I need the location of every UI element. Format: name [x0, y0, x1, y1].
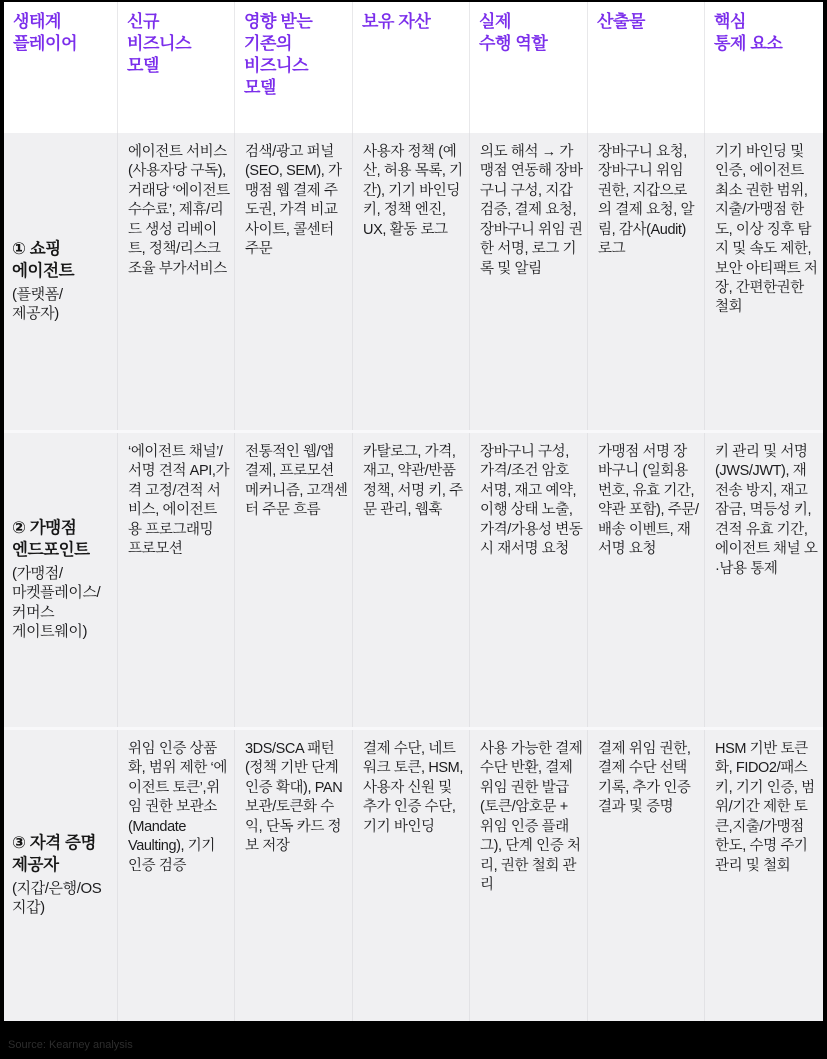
row-title: ① 쇼핑 에이전트: [12, 239, 114, 283]
cell-new-business-model: 에이전트 서비스(사용자당 구독), 거래당 ‘에이전트 수수료’, 제휴/리드…: [118, 133, 235, 430]
column-header-key-controls: 핵심 통제 요소: [705, 2, 823, 133]
row-subtitle: (플랫폼/ 제공자): [12, 285, 114, 324]
column-header-outputs: 산출물: [588, 2, 705, 133]
figure-frame: 생태계 플레이어 신규 비즈니스 모델 영향 받는 기존의 비즈니스 모델 보유…: [0, 0, 827, 1059]
cell-actual-role: 사용 가능한 결제 수단 반환, 결제 위임 권한 발급(토큰/암호문 + 위임…: [470, 730, 588, 1021]
source-note: Source: Kearney analysis: [8, 1039, 133, 1051]
cell-owned-assets: 카탈로그, 가격, 재고, 약관/반품 정책, 서명 키, 주문 관리, 웹훅: [353, 433, 470, 727]
cell-actual-role: 장바구니 구성, 가격/조건 암호 서명, 재고 예약, 이행 상태 노출, 가…: [470, 433, 588, 727]
row-subtitle: (가맹점/ 마켓플레이스/ 커머스 게이트웨이): [12, 564, 114, 642]
row-label-merchant-endpoint: ② 가맹점 엔드포인트 (가맹점/ 마켓플레이스/ 커머스 게이트웨이): [4, 433, 118, 727]
cell-affected-business-model: 3DS/SCA 패턴 (정책 기반 단계 인증 확대), PAN 보관/토큰화 …: [235, 730, 353, 1021]
table-header-row: 생태계 플레이어 신규 비즈니스 모델 영향 받는 기존의 비즈니스 모델 보유…: [4, 2, 823, 133]
row-subtitle: (지갑/은행/OS 지갑): [12, 879, 114, 918]
cell-key-controls: 기기 바인딩 및 인증, 에이전트 최소 권한 범위, 지출/가맹점 한도, 이…: [705, 133, 823, 430]
cell-key-controls: 키 관리 및 서명 (JWS/JWT), 재전송 방지, 재고 잠금, 멱등성 …: [705, 433, 823, 727]
cell-new-business-model: 위임 인증 상품화, 범위 제한 ‘에이전트 토큰’,위임 권한 보관소 (Ma…: [118, 730, 235, 1021]
cell-new-business-model: ‘에이전트 채널’/서명 견적 API,가격 고정/견적 서비스, 에이전트용 …: [118, 433, 235, 727]
row-title: ② 가맹점 엔드포인트: [12, 518, 114, 562]
cell-outputs: 장바구니 요청, 장바구니 위임 권한, 지갑으로의 결제 요청, 알림, 감사…: [588, 133, 705, 430]
table-row-shopping-agent: ① 쇼핑 에이전트 (플랫폼/ 제공자) 에이전트 서비스(사용자당 구독), …: [4, 133, 823, 430]
row-label-credential-provider: ③ 자격 증명 제공자 (지갑/은행/OS 지갑): [4, 730, 118, 1021]
table-row-merchant-endpoint: ② 가맹점 엔드포인트 (가맹점/ 마켓플레이스/ 커머스 게이트웨이) ‘에이…: [4, 430, 823, 727]
cell-outputs: 결제 위임 권한, 결제 수단 선택 기록, 추가 인증 결과 및 증명: [588, 730, 705, 1021]
row-label-shopping-agent: ① 쇼핑 에이전트 (플랫폼/ 제공자): [4, 133, 118, 430]
ecosystem-table: 생태계 플레이어 신규 비즈니스 모델 영향 받는 기존의 비즈니스 모델 보유…: [4, 2, 823, 1021]
cell-affected-business-model: 전통적인 웹/앱 결제, 프로모션 메커니즘, 고객센터 주문 흐름: [235, 433, 353, 727]
cell-actual-role: 의도 해석 → 가맹점 연동해 장바구니 구성, 지갑 검증, 결제 요청, 장…: [470, 133, 588, 430]
column-header-actual-role: 실제 수행 역할: [470, 2, 588, 133]
cell-affected-business-model: 검색/광고 퍼널(SEO, SEM), 가맹점 웹 결제 주도권, 가격 비교 …: [235, 133, 353, 430]
cell-owned-assets: 사용자 정책 (예산, 허용 목록, 기간), 기기 바인딩 키, 정책 엔진,…: [353, 133, 470, 430]
column-header-owned-assets: 보유 자산: [353, 2, 470, 133]
cell-outputs: 가맹점 서명 장바구니 (일회용 번호, 유효 기간, 약관 포함), 주문/배…: [588, 433, 705, 727]
cell-owned-assets: 결제 수단, 네트워크 토큰, HSM, 사용자 신원 및 추가 인증 수단, …: [353, 730, 470, 1021]
column-header-ecosystem-player: 생태계 플레이어: [4, 2, 118, 133]
cell-key-controls: HSM 기반 토큰화, FIDO2/패스키, 기기 인증, 범위/기간 제한 토…: [705, 730, 823, 1021]
column-header-affected-business-model: 영향 받는 기존의 비즈니스 모델: [235, 2, 353, 133]
column-header-new-business-model: 신규 비즈니스 모델: [118, 2, 235, 133]
table-row-credential-provider: ③ 자격 증명 제공자 (지갑/은행/OS 지갑) 위임 인증 상품화, 범위 …: [4, 727, 823, 1021]
row-title: ③ 자격 증명 제공자: [12, 833, 114, 877]
